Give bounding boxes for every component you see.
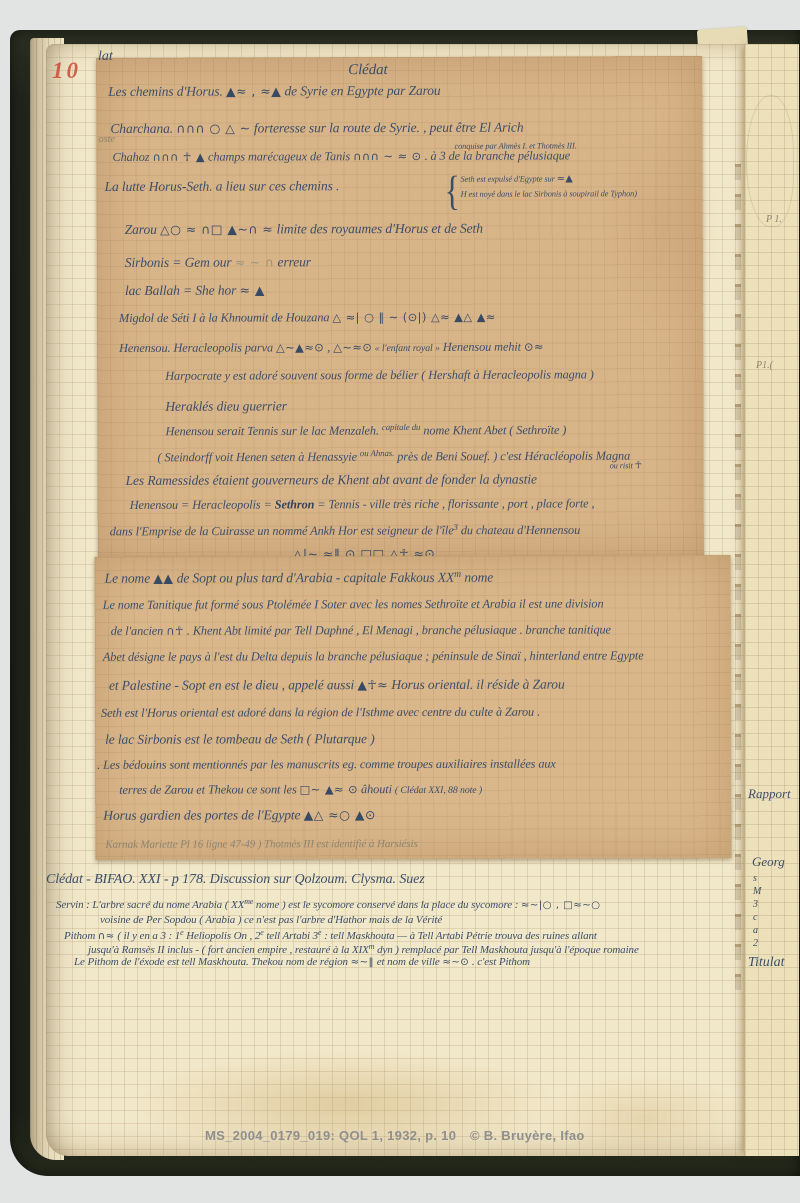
text-segment: limite des royaumes d'Horus et de Seth: [273, 221, 483, 237]
hieroglyph-group: ▲△ ≈○ ▲⊙: [304, 807, 376, 822]
manuscript-line: Les Ramessides étaient gouverneurs de Kh…: [126, 473, 537, 489]
text-segment: Heliopolis On , 2: [184, 930, 261, 942]
manuscript-interline: ou risit ☥: [610, 460, 643, 472]
pencil-note-line: Karnak Mariette Pl 16 ligne 47-49 ) Thot…: [105, 838, 417, 851]
manuscript-line: lac Ballah = She hor ≈ ▲: [125, 283, 265, 298]
text-segment: La lutte Horus-Seth. a lieu sur ces chem…: [105, 178, 340, 194]
text-segment: Servin : L'arbre sacré du nome Arabia ( …: [56, 899, 244, 911]
text-segment: jusqu'à Ramsès II inclus - ( fort ancien…: [88, 944, 369, 956]
text-segment: oste: [98, 134, 115, 145]
manuscript-line: La lutte Horus-Seth. a lieu sur ces chem…: [105, 179, 340, 195]
text-segment: capitale du: [382, 422, 420, 432]
hieroglyph-group: □~ ▲≈ ⊙: [300, 783, 358, 796]
hieroglyph-group: ∩≈: [98, 931, 115, 942]
pencil-margin-note: oste: [98, 134, 115, 146]
text-segment: Henensou. Heracleopolis parva: [119, 340, 276, 355]
hieroglyph-group: ∩∩∩ ~ ≈ ⊙: [353, 150, 422, 163]
hieroglyph-group: ≈ ~ ∩: [235, 255, 275, 269]
text-segment: ( il y en a 3 : 1: [115, 930, 180, 942]
text-segment: de Syrie en Egypte par Zarou: [281, 83, 440, 99]
text-segment: lac Ballah = She hor: [125, 283, 240, 298]
text-segment: âhouti: [358, 782, 395, 796]
pasted-note-sheet-lower: Le nome ▲▲ de Sopt ou plus tard d'Arabia…: [95, 555, 732, 860]
hieroglyph-group: △~▲≈⊙: [276, 341, 324, 354]
manuscript-line: Horus gardien des portes de l'Egypte ▲△ …: [103, 808, 376, 824]
hieroglyph-group: ▲▲: [153, 570, 173, 585]
scan-caption-copyright: © B. Bruyère, Ifao: [470, 1128, 585, 1143]
manuscript-line: Henensou = Heracleopolis = Sethron = Ten…: [130, 497, 595, 512]
pencil-fragment: P 1.: [766, 214, 782, 225]
folio-number-red: 10: [52, 58, 81, 84]
text-segment: Henensou serait Tennis sur le lac Menzal…: [165, 423, 382, 438]
manuscript-line: Harpocrate y est adoré souvent sous form…: [165, 368, 594, 383]
text-segment: = Tennis - ville très riche , florissant…: [314, 496, 594, 511]
text-segment: . c'est Pithom: [469, 956, 530, 968]
text-segment: Chahoz: [112, 150, 152, 164]
pasted-note-sheet-upper: Clédat Les chemins d'Horus. ▲≈ , ≈▲ de S…: [96, 56, 704, 559]
text-segment: Le nome: [105, 571, 154, 586]
manuscript-line: Le nome ▲▲ de Sopt ou plus tard d'Arabia…: [105, 570, 494, 587]
manuscript-line: Henensou serait Tennis sur le lac Menzal…: [165, 422, 566, 438]
text-segment: ou Ahnas.: [360, 448, 394, 458]
manuscript-line: Sirbonis = Gem our ≈ ~ ∩ erreur: [125, 255, 311, 270]
text-segment: Les chemins d'Horus.: [108, 84, 226, 99]
manuscript-line: . Les bédouins sont mentionnés par les m…: [97, 758, 556, 773]
edge-fragment-titulat: Titulat: [748, 955, 785, 971]
text-segment: Migdol de Séti I à la Khnoumit de Houzan…: [119, 310, 332, 325]
text-segment: Charchana.: [110, 121, 176, 136]
manuscript-line: Abet désigne le pays à l'est du Delta de…: [103, 649, 644, 664]
hieroglyph-group: △○ ≈ ∩□ ▲~∩ ≈: [160, 221, 273, 236]
manuscript-line: Les chemins d'Horus. ▲≈ , ≈▲ de Syrie en…: [108, 84, 440, 100]
text-segment: nome: [461, 570, 493, 585]
text-segment: terres de Zarou et Thekou ce sont les: [119, 782, 299, 796]
text-segment: de Sopt ou plus tard d'Arabia - capitale…: [173, 570, 454, 586]
text-segment: ( Clédat XXI, 88 note ): [395, 785, 482, 796]
sheet-heading: Clédat: [348, 62, 387, 79]
manuscript-line: le lac Sirbonis est le tombeau de Seth (…: [105, 732, 375, 748]
manuscript-line: et Palestine - Sopt en est le dieu , app…: [109, 678, 565, 694]
hieroglyph-group: ≈ ▲: [240, 282, 265, 297]
hieroglyph-group: △ ≈| ○ ‖ ~ (⊙|) △≈ ▲△ ▲≈: [332, 311, 495, 325]
text-segment: . à 3 de la branche pélusiaque: [422, 148, 571, 163]
text-segment: Heraklés dieu guerrier: [165, 398, 287, 413]
manuscript-line: de l'ancien ∩☥ . Khent Abt limité par Te…: [111, 623, 611, 638]
text-segment: Les Ramessides étaient gouverneurs de Kh…: [126, 472, 537, 488]
hieroglyph-group: ☥: [635, 460, 643, 471]
text-segment: . Les bédouins sont mentionnés par les m…: [97, 757, 556, 772]
manuscript-line: Henensou. Heracleopolis parva △~▲≈⊙ , △~…: [119, 340, 544, 355]
text-segment: Zarou: [125, 222, 160, 237]
text-segment: « l'enfant royal »: [372, 343, 440, 354]
text-segment: nome Khent Abet ( Sethroïte ): [420, 423, 566, 438]
text-segment: H est noyé dans le lac Sirbonis à soupir…: [461, 189, 637, 199]
text-segment: Horus oriental. il réside à Zarou: [388, 677, 565, 692]
manuscript-line: Heraklés dieu guerrier: [165, 399, 287, 414]
scan-caption-reference: MS_2004_0179_019: QOL 1, 1932, p. 10: [205, 1128, 456, 1143]
text-segment: Henensou = Heracleopolis =: [130, 497, 275, 512]
edge-fragment-letters: s M 3 c a 2: [753, 872, 761, 950]
text-segment: forteresse sur la route de Syrie. , peut…: [251, 120, 524, 136]
text-segment: Le Pithom de l'éxode est tell Maskhouta.…: [74, 956, 351, 968]
pencil-fragment: P1.(: [756, 360, 773, 371]
hieroglyph-group: ∩☥: [166, 625, 184, 638]
manuscript-line: Pithom ∩≈ ( il y en a 3 : 1e Heliopolis …: [64, 929, 597, 942]
text-segment: Sethron: [275, 497, 315, 511]
edge-fragment-rapport: Rapport: [748, 786, 791, 802]
scanned-notebook-page: 10 lat Clédat Les chemins d'Horus. ▲≈ , …: [0, 0, 800, 1203]
text-segment: dyn ) remplacé par Tell Maskhouta jusqu'…: [374, 944, 638, 956]
brace-glyph: {: [445, 167, 461, 215]
text-segment: le lac Sirbonis est le tombeau de Seth (…: [105, 731, 375, 747]
text-segment: ( Steindorff voit Henen seten à Henassyi…: [157, 450, 359, 465]
text-segment: erreur: [274, 254, 311, 269]
hieroglyph-group: ≈~‖: [351, 957, 375, 968]
hieroglyph-group: ≈~|○ , □≈~○: [521, 900, 601, 911]
covered-word-fragment: lat: [98, 49, 113, 65]
manuscript-line: jusqu'à Ramsès II inclus - ( fort ancien…: [88, 943, 639, 956]
gutter-crease: [735, 150, 741, 1000]
manuscript-line: voisine de Per Sopdou ( Arabia ) ce n'es…: [100, 914, 442, 926]
manuscript-line: Servin : L'arbre sacré du nome Arabia ( …: [56, 898, 601, 911]
text-segment: près de Beni Souef. ) c'est Héracléopoli…: [394, 449, 630, 464]
hieroglyph-group: ≈▲: [557, 173, 574, 184]
hieroglyph-group: ▲☥≈: [357, 677, 388, 692]
text-segment: : tell Maskhouta — à Tell Artabi Pétrie …: [321, 930, 596, 942]
text-segment: champs marécageux de Tanis: [205, 149, 353, 164]
manuscript-line: ( Steindorff voit Henen seten à Henassyi…: [157, 448, 630, 465]
text-segment: Horus gardien des portes de l'Egypte: [103, 807, 303, 823]
manuscript-line: dans l'Emprise de la Cuirasse un nommé A…: [110, 522, 580, 539]
hieroglyph-group: ≈~⊙: [442, 957, 469, 968]
hieroglyph-group: ∩∩∩ ○ △ ~: [176, 121, 250, 136]
text-segment: Karnak Mariette Pl 16 ligne 47-49 ) Thot…: [105, 838, 417, 851]
manuscript-line: Le Pithom de l'éxode est tell Maskhouta.…: [74, 956, 530, 968]
manuscript-line: Seth est l'Horus oriental est adoré dans…: [101, 706, 540, 721]
text-segment: Sirbonis = Gem our: [125, 255, 235, 270]
text-segment: Seth est expulsé d'Egypte sur: [461, 174, 557, 183]
manuscript-line: Clédat - BIFAO. XXI - p 178. Discussion …: [46, 872, 425, 887]
text-segment: ,: [324, 340, 333, 354]
text-segment: Seth est l'Horus oriental est adoré dans…: [101, 705, 540, 720]
text-segment: tell Artabi 3: [264, 930, 318, 942]
edge-fragment-georg: Georg: [752, 854, 785, 870]
text-segment: Abet désigne le pays à l'est du Delta de…: [103, 648, 644, 663]
manuscript-line: Chahoz ∩∩∩ ☥ ▲ champs marécageux de Tani…: [112, 149, 570, 164]
manuscript-line: Migdol de Séti I à la Khnoumit de Houzan…: [119, 311, 496, 326]
text-segment: Clédat - BIFAO. XXI - p 178. Discussion …: [46, 872, 425, 887]
text-segment: du chateau d'Hennensou: [458, 523, 580, 537]
manuscript-line: Le nome Tanitique fut formé sous Ptolémé…: [103, 598, 604, 613]
text-segment: de l'ancien: [111, 624, 166, 638]
text-segment: Harpocrate y est adoré souvent sous form…: [165, 367, 594, 382]
manuscript-line: Zarou △○ ≈ ∩□ ▲~∩ ≈ limite des royaumes …: [125, 222, 483, 238]
text-segment: . Khent Abt limité par Tell Daphné , El …: [184, 622, 611, 637]
hieroglyph-group: ∩∩∩ ☥ ▲: [152, 151, 205, 164]
text-segment: voisine de Per Sopdou ( Arabia ) ce n'es…: [100, 914, 442, 926]
hieroglyph-group: ▲≈ , ≈▲: [226, 83, 281, 98]
text-segment: dans l'Emprise de la Cuirasse un nommé A…: [110, 523, 454, 538]
text-segment: et Palestine - Sopt en est le dieu , app…: [109, 677, 357, 693]
pencil-sketch: [746, 95, 794, 227]
text-segment: Le nome Tanitique fut formé sous Ptolémé…: [103, 597, 604, 612]
text-segment: Pithom: [64, 930, 98, 942]
text-segment: ou risit: [610, 461, 635, 470]
manuscript-brace-line: H est noyé dans le lac Sirbonis à soupir…: [461, 188, 637, 200]
hieroglyph-group: ⊙≈: [524, 340, 544, 353]
manuscript-line: Charchana. ∩∩∩ ○ △ ~ forteresse sur la r…: [110, 121, 523, 137]
text-segment: nome ) est le sycomore conservé dans la …: [253, 899, 521, 911]
text-segment: Henensou mehit: [440, 340, 524, 354]
manuscript-line: terres de Zarou et Thekou ce sont les □~…: [119, 783, 482, 798]
hieroglyph-group: △~≈⊙: [333, 341, 372, 354]
text-segment: et nom de ville: [374, 956, 442, 968]
manuscript-brace-line: Seth est expulsé d'Egypte sur ≈▲: [461, 173, 574, 185]
text-segment: me: [244, 897, 253, 906]
